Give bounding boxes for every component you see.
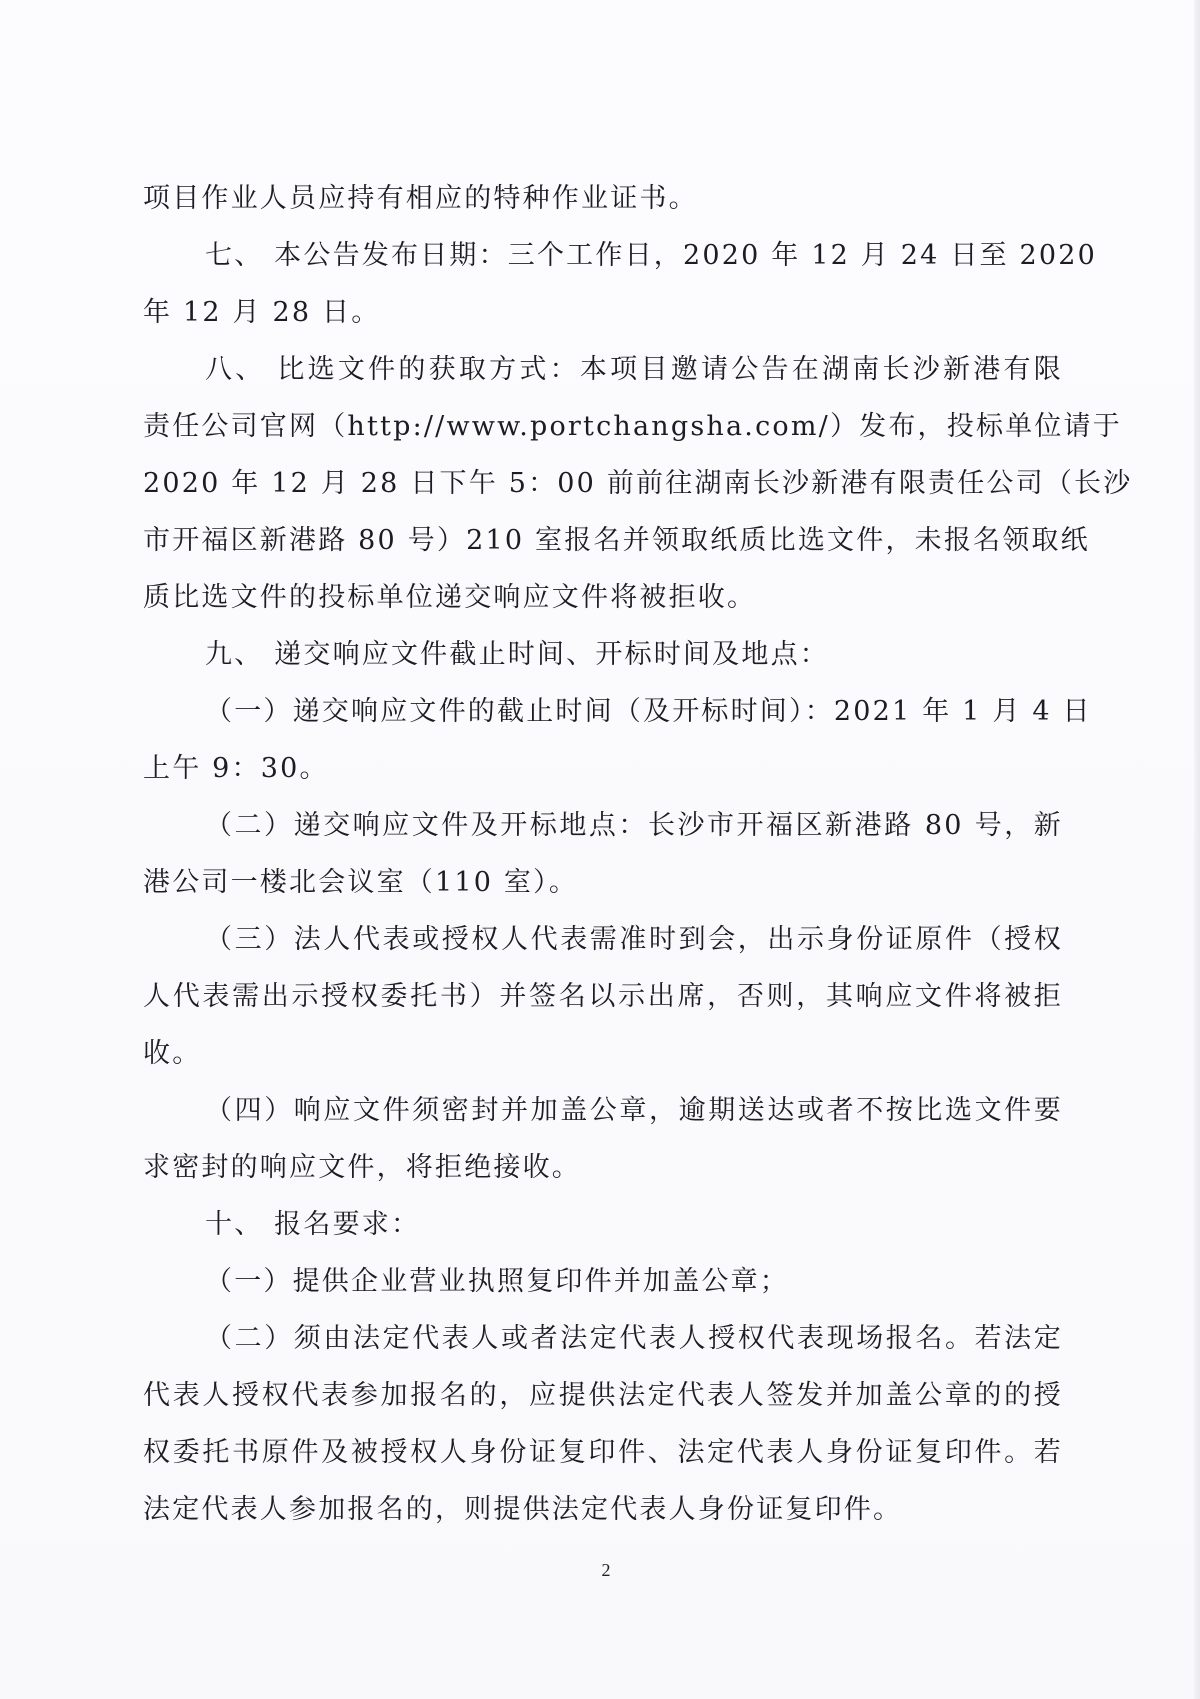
section-9-item-2-cont: 港公司一楼北会议室（110 室）。 (143, 854, 1063, 911)
section-8-rejection-line: 质比选文件的投标单位递交响应文件将被拒收。 (143, 569, 1063, 626)
section-9-heading: 九、 递交响应文件截止时间、开标时间及地点： (143, 626, 1063, 683)
section-10-item-2-cont-1: 代表人授权代表参加报名的，应提供法定代表人签发并加盖公章的的授 (143, 1367, 1063, 1424)
section-7-publish-date: 七、 本公告发布日期：三个工作日，2020 年 12 月 24 日至 2020 (143, 227, 1063, 284)
line-continuation-special-certificate: 项目作业人员应持有相应的特种作业证书。 (143, 170, 1063, 227)
section-8-document-acquisition: 八、 比选文件的获取方式：本项目邀请公告在湖南长沙新港有限 (143, 341, 1063, 398)
section-10-item-2-cont-2: 权委托书原件及被授权人身份证复印件、法定代表人身份证复印件。若 (143, 1424, 1063, 1481)
section-9-item-3-cont: 人代表需出示授权委托书）并签名以示出席，否则，其响应文件将被拒 (143, 968, 1063, 1025)
page-number: 2 (0, 1560, 1200, 1581)
section-9-item-4: （四）响应文件须密封并加盖公章，逾期送达或者不按比选文件要 (143, 1082, 1063, 1139)
section-8-deadline-line: 2020 年 12 月 28 日下午 5：00 前前往湖南长沙新港有限责任公司（… (143, 455, 1063, 512)
section-9-item-2: （二）递交响应文件及开标地点：长沙市开福区新港路 80 号，新 (143, 797, 1063, 854)
section-7-publish-date-cont: 年 12 月 28 日。 (143, 284, 1063, 341)
section-9-item-4-cont: 求密封的响应文件，将拒绝接收。 (143, 1139, 1063, 1196)
document-page: 项目作业人员应持有相应的特种作业证书。 七、 本公告发布日期：三个工作日，202… (0, 0, 1200, 1699)
section-9-item-1: （一）递交响应文件的截止时间（及开标时间）：2021 年 1 月 4 日 (143, 683, 1063, 740)
section-10-item-2: （二）须由法定代表人或者法定代表人授权代表现场报名。若法定 (143, 1310, 1063, 1367)
section-9-item-3-end: 收。 (143, 1025, 1063, 1082)
section-10-heading: 十、 报名要求： (143, 1196, 1063, 1253)
scan-edge-shadow (1194, 0, 1200, 1699)
section-9-item-1-cont: 上午 9：30。 (143, 740, 1063, 797)
section-10-item-2-cont-3: 法定代表人参加报名的，则提供法定代表人身份证复印件。 (143, 1481, 1063, 1538)
section-9-item-3: （三）法人代表或授权人代表需准时到会，出示身份证原件（授权 (143, 911, 1063, 968)
document-body: 项目作业人员应持有相应的特种作业证书。 七、 本公告发布日期：三个工作日，202… (143, 170, 1063, 1538)
section-10-item-1: （一）提供企业营业执照复印件并加盖公章； (143, 1253, 1063, 1310)
section-8-website-line: 责任公司官网（http://www.portchangsha.com/）发布，投… (143, 398, 1063, 455)
section-8-address-line: 市开福区新港路 80 号）210 室报名并领取纸质比选文件，未报名领取纸 (143, 512, 1063, 569)
